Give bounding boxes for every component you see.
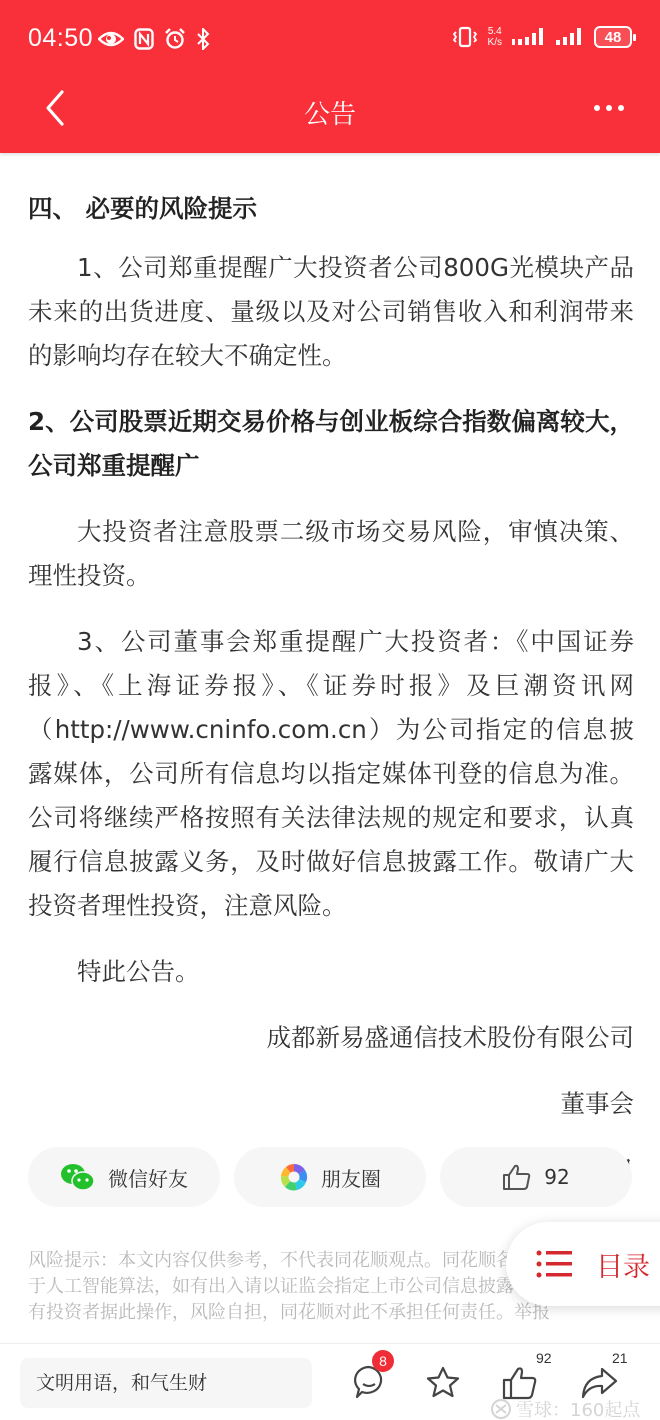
list-icon bbox=[536, 1249, 572, 1279]
thumbs-up-icon bbox=[502, 1163, 532, 1191]
eye-icon bbox=[98, 29, 124, 49]
signal-icon-2 bbox=[556, 27, 584, 47]
nfc-icon bbox=[134, 28, 154, 50]
share-wechat-label: 微信好友 bbox=[108, 1163, 188, 1192]
top-bar: 04:50 5.4 K/s 48 公告 bbox=[0, 0, 660, 153]
comment-input[interactable]: 文明用语，和气生财 bbox=[20, 1358, 312, 1408]
moments-icon bbox=[279, 1162, 309, 1192]
watermark: 雪球：160起点 bbox=[490, 1396, 640, 1420]
more-button[interactable] bbox=[594, 96, 634, 120]
battery-indicator: 48 bbox=[594, 26, 632, 48]
nav-bar: 公告 bbox=[0, 80, 660, 140]
status-time: 04:50 bbox=[28, 24, 93, 53]
star-icon bbox=[426, 1366, 460, 1398]
board-name: 董事会 bbox=[28, 1082, 634, 1126]
toc-button[interactable]: 目录 bbox=[506, 1222, 660, 1306]
share-count: 21 bbox=[612, 1350, 628, 1366]
alarm-icon bbox=[164, 28, 186, 50]
vibrate-icon bbox=[452, 26, 478, 48]
share-moments-label: 朋友圈 bbox=[321, 1163, 381, 1192]
bluetooth-icon bbox=[196, 28, 210, 50]
section-heading: 四、 必要的风险提示 bbox=[28, 185, 634, 233]
like-count: 92 bbox=[544, 1165, 569, 1189]
bottom-like-count: 92 bbox=[536, 1350, 552, 1366]
page-title: 公告 bbox=[0, 94, 660, 131]
share-row: 微信好友 朋友圈 92 bbox=[28, 1147, 632, 1207]
paragraph-1: 1、公司郑重提醒广大投资者公司800G光模块产品未来的出货进度、量级以及对公司销… bbox=[28, 246, 634, 378]
more-dots-icon bbox=[594, 105, 600, 111]
paragraph-3: 3、公司董事会郑重提醒广大投资者：《中国证券报》、《上海证券报》、《证券时报》及… bbox=[28, 620, 634, 928]
company-name: 成都新易盛通信技术股份有限公司 bbox=[28, 1016, 634, 1060]
closing-text: 特此公告。 bbox=[28, 950, 634, 994]
paragraph-2-heading: 2、公司股票近期交易价格与创业板综合指数偏离较大，公司郑重提醒广 bbox=[28, 400, 634, 488]
comment-badge: 8 bbox=[372, 1350, 394, 1372]
signal-icon-1 bbox=[512, 27, 546, 47]
wechat-icon bbox=[60, 1162, 96, 1192]
bottom-bar: 文明用语，和气生财 8 92 21 雪球：160起点 bbox=[0, 1343, 660, 1420]
toc-label: 目录 bbox=[596, 1245, 650, 1284]
share-wechat-button[interactable]: 微信好友 bbox=[28, 1147, 220, 1207]
status-bar: 04:50 5.4 K/s 48 bbox=[0, 22, 660, 58]
like-button[interactable]: 92 bbox=[440, 1147, 632, 1207]
share-moments-button[interactable]: 朋友圈 bbox=[234, 1147, 426, 1207]
snowball-logo-icon bbox=[490, 1398, 512, 1420]
paragraph-2: 大投资者注意股票二级市场交易风险，审慎决策、理性投资。 bbox=[28, 510, 634, 598]
share-arrow-icon bbox=[580, 1366, 618, 1400]
favorite-button[interactable] bbox=[426, 1366, 460, 1402]
article-body: 四、 必要的风险提示 1、公司郑重提醒广大投资者公司800G光模块产品未来的出货… bbox=[28, 185, 634, 1192]
thumbs-up-icon bbox=[502, 1366, 538, 1400]
net-speed: 5.4 K/s bbox=[488, 26, 502, 48]
status-right-icons: 5.4 K/s 48 bbox=[452, 26, 632, 48]
status-left-icons bbox=[98, 28, 210, 50]
